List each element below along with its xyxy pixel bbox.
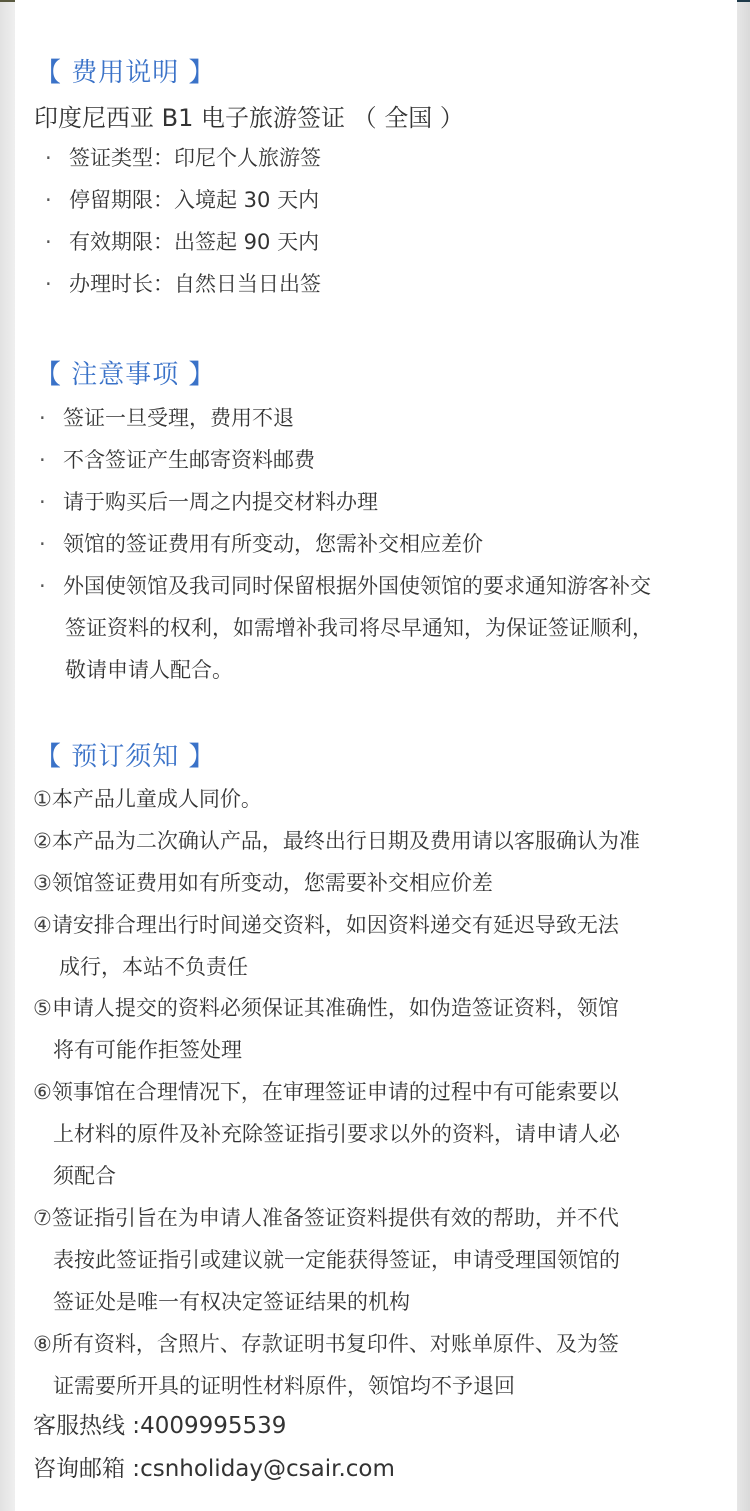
booking-item: ①本产品儿童成人同价。 — [33, 784, 262, 814]
bullet-dot: · — [45, 185, 69, 215]
fee-item: ·签证类型：印尼个人旅游签 — [45, 143, 321, 173]
notice-item: ·不含签证产生邮寄资料邮费 — [39, 445, 315, 475]
notice-item-continuation: 敬请申请人配合。 — [65, 655, 233, 685]
booking-item-continuation: 将有可能作拒签处理 — [53, 1035, 242, 1065]
booking-item-text: 所有资料，含照片、存款证明书复印件、对账单原件、及为签 — [52, 1332, 619, 1356]
fee-item-text: 签证类型：印尼个人旅游签 — [69, 146, 321, 170]
notice-item: ·请于购买后一周之内提交材料办理 — [39, 487, 378, 517]
bullet-dot: · — [39, 487, 63, 517]
booking-item-continuation: 上材料的原件及补充除签证指引要求以外的资料，请申请人必 — [53, 1119, 620, 1149]
booking-item-text: 领馆签证费用如有所变动，您需要补交相应价差 — [52, 871, 493, 895]
circled-number: ⑤ — [33, 993, 52, 1023]
notice-item-long: ·外国使领馆及我司同时保留根据外国使领馆的要求通知游客补交 — [39, 571, 651, 601]
booking-item-continuation: 签证处是唯一有权决定签证结果的机构 — [53, 1287, 410, 1317]
booking-item-text: 申请人提交的资料必须保证其准确性，如伪造签证资料，领馆 — [52, 996, 619, 1020]
fee-item-text: 停留期限：入境起 30 天内 — [69, 188, 319, 212]
booking-item: ⑥领事馆在合理情况下，在审理签证申请的过程中有可能索要以 — [33, 1077, 619, 1107]
booking-item-continuation: 证需要所开具的证明性材料原件，领馆均不予退回 — [53, 1371, 515, 1401]
circled-number: ③ — [33, 868, 52, 898]
booking-item: ④请安排合理出行时间递交资料，如因资料递交有延迟导致无法 — [33, 910, 619, 940]
notice-section-title: 【 注意事项 】 — [35, 358, 216, 392]
fee-item: ·有效期限：出签起 90 天内 — [45, 227, 319, 257]
booking-item-text: 本产品为二次确认产品，最终出行日期及费用请以客服确认为准 — [52, 829, 640, 853]
circled-number: ⑧ — [33, 1329, 52, 1359]
email-row: 咨询邮箱 :csnholiday@csair.com — [33, 1453, 395, 1485]
content-card: 【 费用说明 】 印度尼西亚 B1 电子旅游签证 （ 全国 ） ·签证类型：印尼… — [15, 0, 737, 1511]
booking-item-continuation: 成行，本站不负责任 — [59, 952, 248, 982]
bullet-dot: · — [45, 269, 69, 299]
booking-item-text: 领事馆在合理情况下，在审理签证申请的过程中有可能索要以 — [52, 1080, 619, 1104]
fee-item-text: 有效期限：出签起 90 天内 — [69, 230, 319, 254]
booking-item: ⑦签证指引旨在为申请人准备签证资料提供有效的帮助，并不代 — [33, 1203, 619, 1233]
fee-item: ·停留期限：入境起 30 天内 — [45, 185, 319, 215]
bullet-dot: · — [39, 445, 63, 475]
booking-item-text: 签证指引旨在为申请人准备签证资料提供有效的帮助，并不代 — [52, 1206, 619, 1230]
fee-item-text: 办理时长：自然日当日出签 — [69, 272, 321, 296]
booking-item-continuation: 表按此签证指引或建议就一定能获得签证，申请受理国领馆的 — [53, 1245, 620, 1275]
booking-item-text: 本产品儿童成人同价。 — [52, 787, 262, 811]
top-edge-right — [737, 0, 750, 2]
notice-item-text: 外国使领馆及我司同时保留根据外国使领馆的要求通知游客补交 — [63, 574, 651, 598]
bullet-dot: · — [39, 571, 63, 601]
bullet-dot: · — [45, 143, 69, 173]
fee-item: ·办理时长：自然日当日出签 — [45, 269, 321, 299]
booking-item-continuation: 须配合 — [53, 1161, 116, 1191]
fee-section-title: 【 费用说明 】 — [35, 56, 216, 90]
notice-item: ·签证一旦受理，费用不退 — [39, 403, 294, 433]
notice-item-text: 请于购买后一周之内提交材料办理 — [63, 490, 378, 514]
product-title: 印度尼西亚 B1 电子旅游签证 （ 全国 ） — [34, 101, 464, 135]
notice-item-continuation: 签证资料的权利，如需增补我司将尽早通知，为保证签证顺利， — [65, 613, 653, 643]
email-label: 咨询邮箱 : — [33, 1456, 140, 1482]
circled-number: ① — [33, 784, 52, 814]
bullet-dot: · — [45, 227, 69, 257]
hotline-label: 客服热线 : — [33, 1413, 140, 1439]
hotline-value[interactable]: 4009995539 — [140, 1413, 286, 1439]
notice-item-text: 领馆的签证费用有所变动，您需补交相应差价 — [63, 532, 483, 556]
notice-item: ·领馆的签证费用有所变动，您需补交相应差价 — [39, 529, 483, 559]
circled-number: ⑥ — [33, 1077, 52, 1107]
circled-number: ⑦ — [33, 1203, 52, 1233]
bullet-dot: · — [39, 529, 63, 559]
booking-item: ②本产品为二次确认产品，最终出行日期及费用请以客服确认为准 — [33, 826, 640, 856]
top-edge-left — [0, 0, 15, 2]
hotline-row: 客服热线 :4009995539 — [33, 1410, 286, 1442]
booking-section-title: 【 预订须知 】 — [35, 740, 216, 774]
circled-number: ④ — [33, 910, 52, 940]
booking-item: ③领馆签证费用如有所变动，您需要补交相应价差 — [33, 868, 493, 898]
email-value[interactable]: csnholiday@csair.com — [140, 1456, 395, 1482]
booking-item: ⑧所有资料，含照片、存款证明书复印件、对账单原件、及为签 — [33, 1329, 619, 1359]
circled-number: ② — [33, 826, 52, 856]
bullet-dot: · — [39, 403, 63, 433]
notice-item-text: 不含签证产生邮寄资料邮费 — [63, 448, 315, 472]
booking-item: ⑤申请人提交的资料必须保证其准确性，如伪造签证资料，领馆 — [33, 993, 619, 1023]
notice-item-text: 签证一旦受理，费用不退 — [63, 406, 294, 430]
booking-item-text: 请安排合理出行时间递交资料，如因资料递交有延迟导致无法 — [52, 913, 619, 937]
